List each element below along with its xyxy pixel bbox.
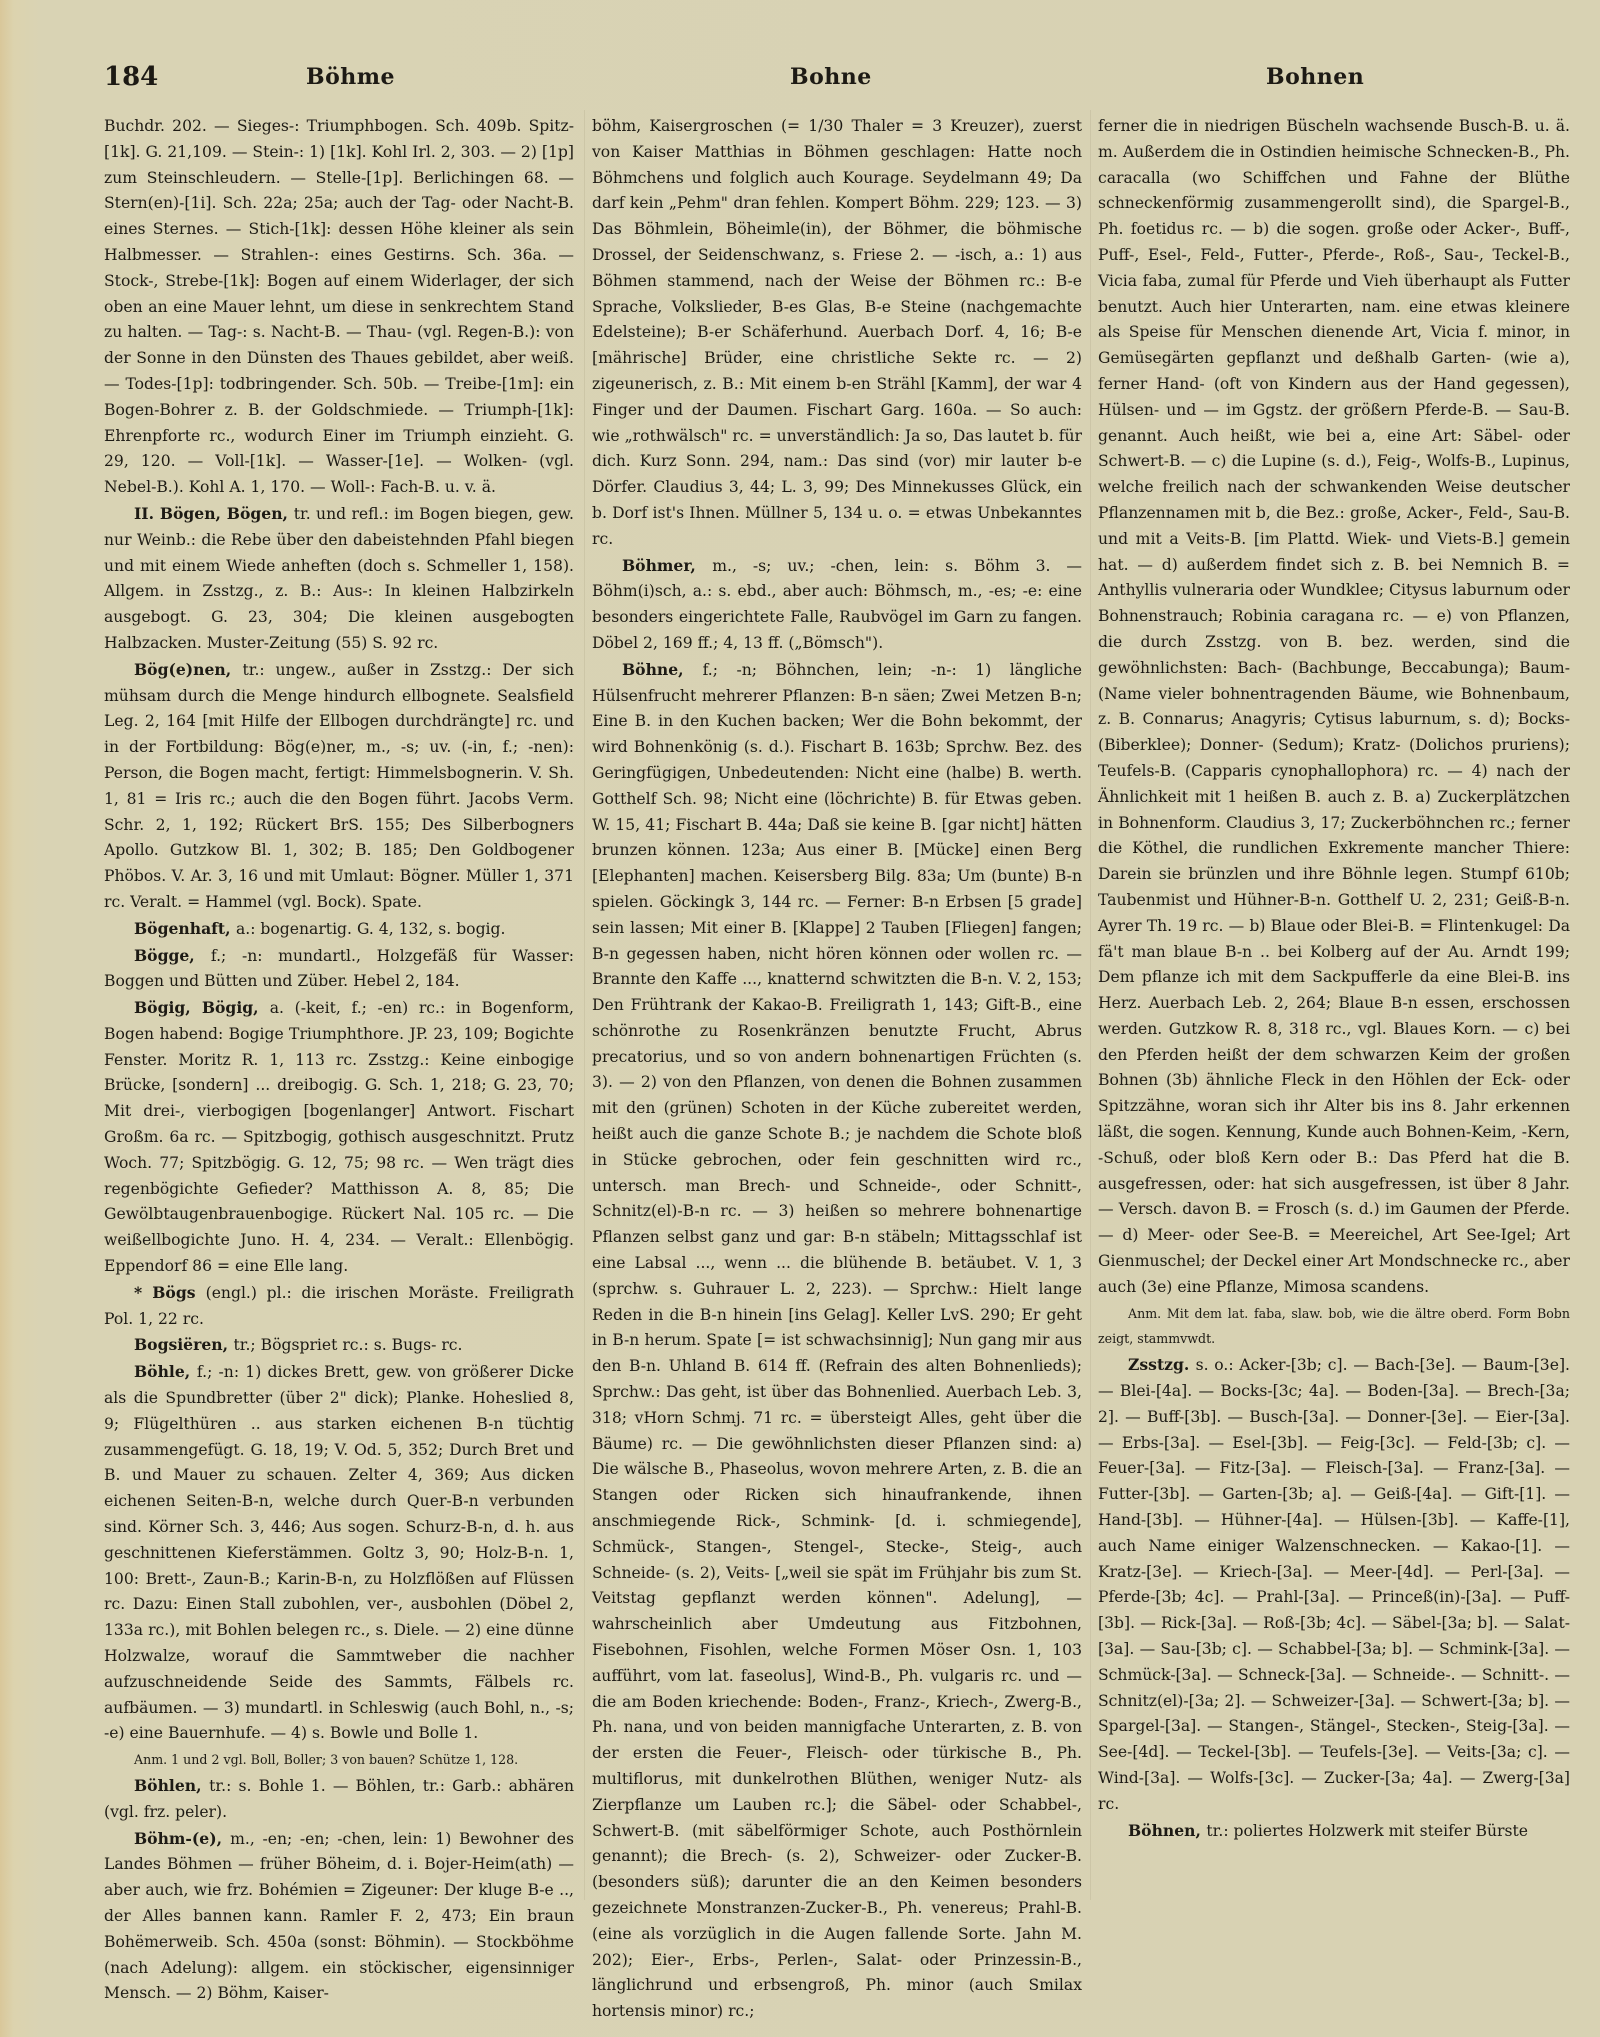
dictionary-entry: Bogsiëren, tr.; Bögspriet rc.: s. Bugs- … <box>104 1332 574 1359</box>
annotation-paragraph: Anm. Mit dem lat. faba, slaw. bob, wie d… <box>1098 1301 1570 1353</box>
entry-headword: Bögge, <box>134 946 211 965</box>
entry-headword: Bogsiëren, <box>134 1335 233 1354</box>
continued-entry: Buchdr. 202. — Sieges-: Triumphbogen. Sc… <box>104 114 574 501</box>
column-gutter <box>1090 110 1091 1900</box>
entry-text: f.; -n: 1) dickes Brett, gew. von größer… <box>104 1363 574 1742</box>
entry-headword: II. Bögen, Bögen, <box>134 504 294 523</box>
entry-text: s. o.: Acker-[3b; c]. — Bach-[3e]. — Bau… <box>1098 1356 1570 1813</box>
entry-text: a. (-keit, f.; -en) rc.: in Bogenform, B… <box>104 999 574 1275</box>
dictionary-entry: Böhlen, tr.: s. Bohle 1. — Böhlen, tr.: … <box>104 1773 574 1826</box>
dictionary-entry: Zsstzg. s. o.: Acker-[3b; c]. — Bach-[3e… <box>1098 1352 1570 1817</box>
guideword-center: Bohne <box>790 64 872 90</box>
page-number: 184 <box>104 62 158 92</box>
dictionary-entry: Böhle, f.; -n: 1) dickes Brett, gew. von… <box>104 1359 574 1747</box>
column-middle: böhm, Kaisergroschen (= 1/30 Thaler = 3 … <box>592 114 1082 2025</box>
entry-text: f.; -n; Böhnchen, lein; -n-: 1) länglich… <box>592 661 1082 2020</box>
dictionary-page: 184 Böhme Bohne Bohnen Buchdr. 202. — Si… <box>0 0 1600 2037</box>
entry-headword: * Bögs <box>134 1283 206 1302</box>
entry-headword: Bög(e)nen, <box>134 660 242 679</box>
entry-headword: Böhlen, <box>134 1776 209 1795</box>
guideword-right: Bohnen <box>1266 64 1364 90</box>
entry-headword: Böhnen, <box>1128 1821 1206 1840</box>
entry-headword: Böhne, <box>622 660 703 679</box>
dictionary-entry: II. Bögen, Bögen, tr. und refl.: im Boge… <box>104 501 574 657</box>
entry-text: Anm. Mit dem lat. faba, slaw. bob, wie d… <box>1098 1306 1570 1347</box>
entry-text: a.: bogenartig. G. 4, 132, s. bogig. <box>236 920 506 938</box>
continued-entry: ferner die in niedrigen Büscheln wachsen… <box>1098 114 1570 1301</box>
dictionary-entry: Böhnen, tr.: poliertes Holzwerk mit stei… <box>1098 1818 1570 1845</box>
entry-text: ferner die in niedrigen Büscheln wachsen… <box>1098 117 1570 1296</box>
dictionary-entry: Bög(e)nen, tr.: ungew., außer in Zsstzg.… <box>104 657 574 916</box>
entry-text: tr.: poliertes Holzwerk mit steifer Bürs… <box>1206 1822 1528 1840</box>
entry-headword: Bögig, Bögig, <box>134 998 270 1017</box>
column-gutter <box>584 110 585 1900</box>
entry-headword: Böhm-(e), <box>134 1829 230 1848</box>
entry-headword: Zsstzg. <box>1128 1355 1196 1374</box>
dictionary-entry: Böhm-(e), m., -en; -en; -chen, lein: 1) … <box>104 1826 574 2008</box>
entry-headword: Bögenhaft, <box>134 919 236 938</box>
column-right: ferner die in niedrigen Büscheln wachsen… <box>1098 114 1570 1844</box>
dictionary-entry: Böhne, f.; -n; Böhnchen, lein; -n-: 1) l… <box>592 657 1082 2025</box>
entry-text: Anm. 1 und 2 vgl. Boll, Boller; 3 von ba… <box>134 1752 518 1767</box>
dictionary-entry: Bögenhaft, a.: bogenartig. G. 4, 132, s.… <box>104 916 574 943</box>
annotation-paragraph: Anm. 1 und 2 vgl. Boll, Boller; 3 von ba… <box>104 1747 574 1773</box>
column-left: Buchdr. 202. — Sieges-: Triumphbogen. Sc… <box>104 114 574 2007</box>
entry-text: böhm, Kaisergroschen (= 1/30 Thaler = 3 … <box>592 117 1082 548</box>
entry-text: tr. und refl.: im Bogen biegen, gew. nur… <box>104 505 574 652</box>
dictionary-entry: * Bögs (engl.) pl.: die irischen Moräste… <box>104 1280 574 1333</box>
dictionary-entry: Bögig, Bögig, a. (-keit, f.; -en) rc.: i… <box>104 995 574 1280</box>
continued-entry: böhm, Kaisergroschen (= 1/30 Thaler = 3 … <box>592 114 1082 553</box>
entry-headword: Böhle, <box>134 1362 197 1381</box>
entry-text: tr.; Bögspriet rc.: s. Bugs- rc. <box>233 1336 462 1354</box>
entry-text: Buchdr. 202. — Sieges-: Triumphbogen. Sc… <box>104 117 574 496</box>
entry-text: tr.: ungew., außer in Zsstzg.: Der sich … <box>104 661 574 911</box>
page-header: 184 Böhme Bohne Bohnen <box>104 62 1560 98</box>
entry-text: m., -en; -en; -chen, lein: 1) Bewohner d… <box>104 1830 574 2003</box>
entry-headword: Böhmer, <box>622 556 712 575</box>
dictionary-entry: Bögge, f.; -n: mundartl., Holzgefäß für … <box>104 943 574 996</box>
guideword-left: Böhme <box>306 64 395 90</box>
dictionary-entry: Böhmer, m., -s; uv.; -chen, lein: s. Böh… <box>592 553 1082 657</box>
